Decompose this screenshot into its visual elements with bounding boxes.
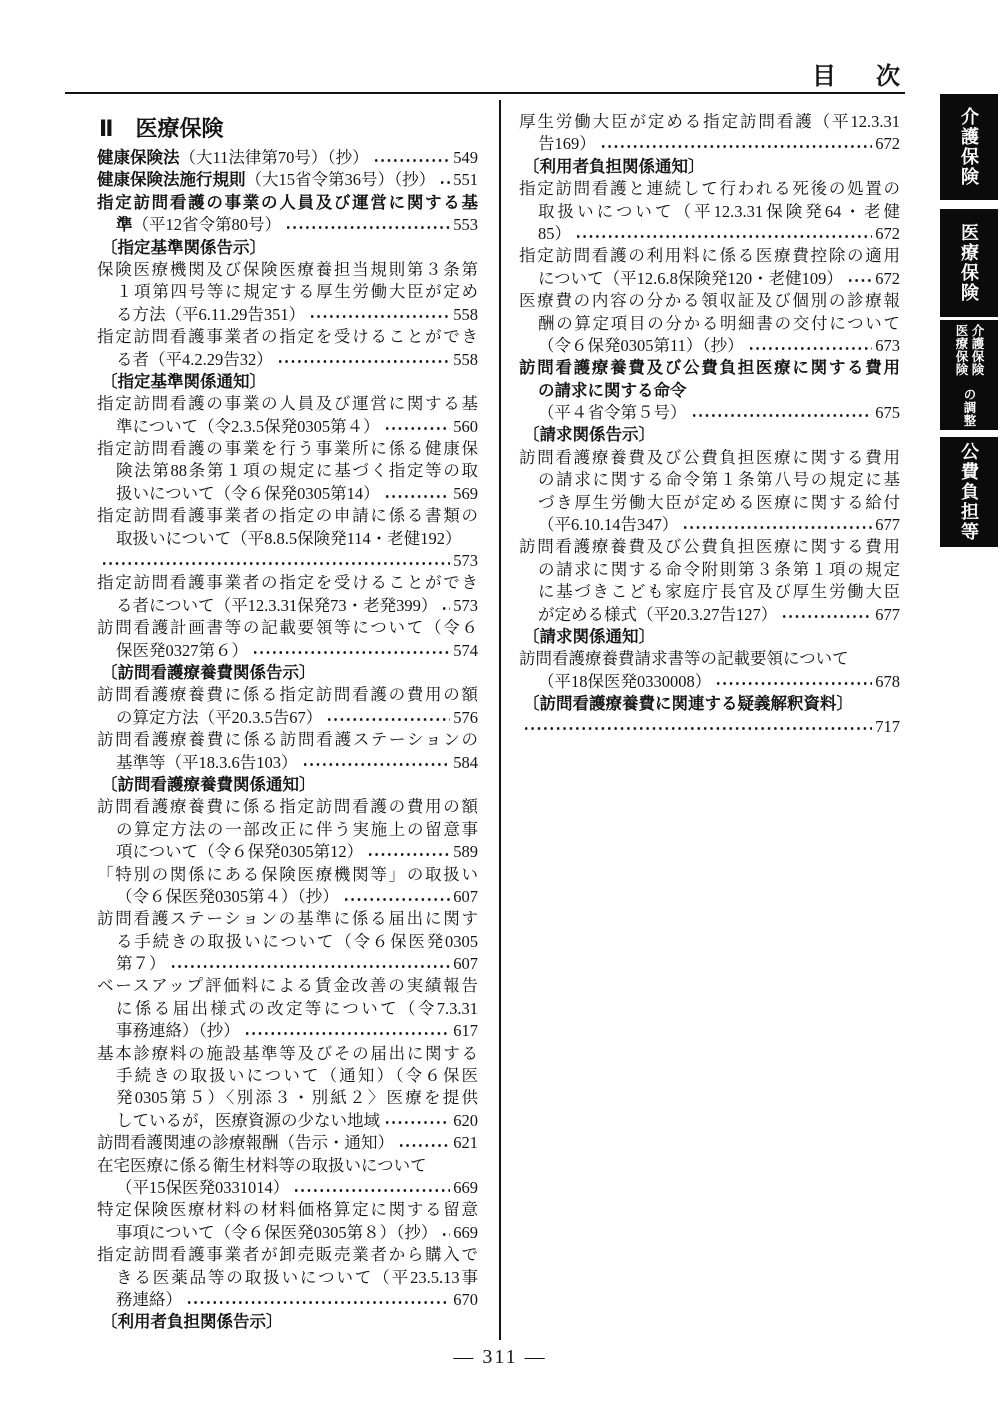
toc-text: 指定訪問看護の事業の人員及び運営に関する基	[97, 193, 478, 212]
side-tab-iryo-hoken: 医療保険	[940, 209, 998, 317]
dot-leader	[341, 895, 451, 904]
toc-bracket-header: 〔請求関係告示〕	[519, 424, 900, 446]
toc-line: について（平12.6.8保険発120・老健109）672	[519, 268, 900, 290]
toc-text: 取扱いについて（平12.3.31保険発64・老健	[538, 202, 900, 221]
toc-text: が定める様式（平20.3.27告127）	[538, 604, 777, 626]
toc-text: る者について（平12.3.31保発73・老発399）	[116, 595, 437, 617]
toc-text: （平15保医発0331014）	[116, 1177, 289, 1199]
page-number: 621	[453, 1132, 478, 1154]
header-rule	[65, 92, 905, 94]
toc-text: 健康保険法（大11法律第70号）（抄）	[97, 147, 369, 169]
dot-leader	[275, 357, 451, 366]
toc-column-left: 健康保険法（大11法律第70号）（抄）549健康保険法施行規則（大15省令第36…	[97, 147, 478, 1334]
toc-bracket-header: 〔訪問看護療養費関係告示〕	[97, 662, 478, 684]
toc-text: 訪問看護療養費に係る指定訪問看護の費用の額	[97, 685, 478, 704]
side-tab-label: 介護保険	[969, 324, 985, 386]
page-number: 573	[453, 550, 478, 572]
toc-line: 〔利用者負担関係通知〕	[519, 156, 900, 178]
toc-line: 取扱いについて（平8.8.5保険発114・老健192）	[97, 528, 478, 550]
page-number: 678	[875, 671, 900, 693]
toc-line: 〔指定基準関係通知〕	[97, 371, 478, 393]
toc-line: 〔指定基準関係告示〕	[97, 237, 478, 259]
toc-entry: 訪問看護療養費請求書等の記載要領について（平18保医発0330008）678	[519, 648, 900, 693]
toc-text: 指定訪問看護と連続して行われる死後の処置の	[519, 179, 900, 198]
toc-line: 事務連絡）（抄）617	[97, 1020, 478, 1042]
toc-entry: 訪問看護療養費及び公費負担医療に関する費用の請求に関する命令附則第３条第１項の規…	[519, 536, 900, 626]
toc-text: 指定訪問看護の利用料に係る医療費控除の適用	[519, 246, 900, 265]
toc-text: 指定訪問看護の事業を行う事業所に係る健康保	[97, 439, 478, 458]
toc-entry: 訪問看護療養費及び公費負担医療に関する費用の請求に関する命令第１条第八号の規定に…	[519, 447, 900, 537]
toc-text: 厚生労働大臣が定める指定訪問看護（平12.3.31	[519, 112, 900, 131]
toc-line: 務連絡）670	[97, 1289, 478, 1311]
toc-line: る者について（平12.3.31保発73・老発399）573	[97, 595, 478, 617]
toc-text: る手続きの取扱いについて（令６保医発0305	[116, 932, 478, 951]
toc-bracket-header: 〔利用者負担関係告示〕	[97, 1311, 478, 1333]
toc-entry: 指定訪問看護と連続して行われる死後の処置の取扱いについて（平12.3.31保険発…	[519, 178, 900, 245]
toc-line: 在宅医療に係る衛生材料等の取扱いについて	[97, 1155, 478, 1177]
dot-leader	[437, 178, 450, 187]
toc-line: 訪問看護療養費に係る指定訪問看護の費用の額	[97, 796, 478, 818]
toc-text: 訪問看護療養費及び公費負担医療に関する費用	[519, 358, 900, 377]
toc-line: る手続きの取扱いについて（令６保医発0305	[97, 931, 478, 953]
toc-entry: 指定訪問看護事業者が卸売販売業者から購入できる医薬品等の取扱いについて（平23.…	[97, 1244, 478, 1311]
toc-line: 医療費の内容の分かる領収証及び個別の診療報	[519, 290, 900, 312]
side-tab-kaigo-hoken: 介護保険	[940, 94, 998, 200]
page-number: 560	[453, 416, 478, 438]
toc-text: （平18保医発0330008）	[538, 671, 711, 693]
toc-line: 項について（令６保発0305第12）589	[97, 841, 478, 863]
toc-text: 健康保険法施行規則（大15省令第36号）（抄）	[97, 169, 435, 191]
toc-entry: 訪問看護療養費に係る訪問看護ステーションの基準等（平18.3.6告103）584	[97, 729, 478, 774]
page-number: 670	[453, 1289, 478, 1311]
toc-line: 扱いについて（令６保発0305第14）569	[97, 483, 478, 505]
dot-leader	[746, 344, 873, 353]
dot-leader	[283, 223, 450, 232]
toc-bracket-header: 〔指定基準関係告示〕	[97, 237, 478, 259]
toc-line: 準（平12省令第80号）553	[97, 214, 478, 236]
toc-text: ベースアップ評価料による賃金改善の実績報告	[97, 976, 478, 995]
toc-line: （令６保発0305第11）（抄）673	[519, 335, 900, 357]
toc-line: （平18保医発0330008）678	[519, 671, 900, 693]
toc-text: 保医発0327第６）	[116, 640, 248, 662]
toc-entry: 健康保険法施行規則（大15省令第36号）（抄）551	[97, 169, 478, 191]
toc-text: （令６保発0305第11）（抄）	[538, 335, 744, 357]
toc-text: 訪問看護療養費に係る指定訪問看護の費用の額	[97, 797, 478, 816]
toc-line: 準について（令2.3.5保発0305第４）560	[97, 416, 478, 438]
toc-text: 扱いについて（令６保発0305第14）	[116, 483, 380, 505]
page-number: 675	[875, 402, 900, 424]
dot-leader	[689, 411, 873, 420]
toc-column-right: 厚生労働大臣が定める指定訪問看護（平12.3.31告169）672〔利用者負担関…	[519, 111, 900, 738]
toc-text: の算定方法の一部改正に伴う実施上の留意事	[116, 820, 478, 839]
toc-line: 〔訪問看護療養費関係通知〕	[97, 774, 478, 796]
side-tab-label: 介護保険	[956, 107, 982, 187]
toc-entry: 厚生労働大臣が定める指定訪問看護（平12.3.31告169）672	[519, 111, 900, 156]
page-number: 672	[875, 268, 900, 290]
toc-entry: 717	[519, 716, 900, 738]
toc-line: （平４省令第５号）675	[519, 402, 900, 424]
toc-text: 訪問看護療養費請求書等の記載要領について	[519, 648, 849, 670]
toc-text: 事項について（令６保医発0305第８）（抄）	[116, 1222, 437, 1244]
toc-bracket-header: 〔利用者負担関係通知〕	[519, 156, 900, 178]
toc-text: 「特別の関係にある保険医療機関等」の取扱い	[97, 865, 478, 884]
toc-line: の請求に関する命令	[519, 380, 900, 402]
dot-leader	[168, 962, 451, 971]
dot-leader	[300, 760, 451, 769]
toc-line: の請求に関する命令第１条第八号の規定に基	[519, 469, 900, 491]
toc-line: の請求に関する命令附則第３条第１項の規定	[519, 559, 900, 581]
page-number: 558	[453, 349, 478, 371]
toc-line: 指定訪問看護の利用料に係る医療費控除の適用	[519, 245, 900, 267]
dot-leader	[521, 724, 872, 733]
toc-text: （平6.10.14告347）	[538, 514, 678, 536]
toc-text: 発0305第５）〈別添３・別紙２〉医療を提供	[116, 1088, 478, 1107]
toc-text: に基づきこども家庭庁長官及び厚生労働大臣	[538, 582, 900, 601]
toc-line: 訪問看護療養費及び公費負担医療に関する費用	[519, 447, 900, 469]
toc-line: （平15保医発0331014）669	[97, 1177, 478, 1199]
toc-line: づき厚生労働大臣が定める医療に関する給付	[519, 492, 900, 514]
dot-leader	[382, 1118, 450, 1127]
toc-line: 訪問看護ステーションの基準に係る届出に関す	[97, 908, 478, 930]
toc-line: 健康保険法施行規則（大15省令第36号）（抄）551	[97, 169, 478, 191]
toc-text: 取扱いについて（平8.8.5保険発114・老健192）	[116, 528, 462, 550]
toc-text: 指定訪問看護の事業の人員及び運営に関する基	[97, 394, 478, 413]
toc-entry: 指定訪問看護事業者の指定を受けることができる者について（平12.3.31保発73…	[97, 572, 478, 617]
toc-line: 酬の算定項目の分かる明細書の交付について	[519, 313, 900, 335]
toc-text: の請求に関する命令附則第３条第１項の規定	[538, 560, 900, 579]
toc-text: 基準等（平18.3.6告103）	[116, 752, 298, 774]
page-title: 目 次	[812, 56, 908, 91]
toc-entry: 指定訪問看護事業者の指定を受けることができる者（平4.2.29告32）558	[97, 326, 478, 371]
toc-line: 訪問看護療養費及び公費負担医療に関する費用	[519, 357, 900, 379]
toc-line: 〔訪問看護療養費に関連する疑義解釈資料〕	[519, 693, 900, 715]
page-number: 576	[453, 707, 478, 729]
page-number: 717	[875, 716, 900, 738]
toc-text: について（平12.6.8保険発120・老健109）	[538, 268, 843, 290]
toc-entry: 訪問看護計画書等の記載要領等について（令６保医発0327第６）574	[97, 617, 478, 662]
toc-line: （令６保医発0305第４）（抄）607	[97, 886, 478, 908]
toc-text: しているが，医療資源の少ない地域	[116, 1110, 380, 1132]
toc-line: 指定訪問看護の事業の人員及び運営に関する基	[97, 192, 478, 214]
toc-line: 85）672	[519, 223, 900, 245]
dot-leader	[713, 679, 872, 688]
toc-line: 〔請求関係通知〕	[519, 626, 900, 648]
page-number: 672	[875, 133, 900, 155]
page-number: 584	[453, 752, 478, 774]
toc-entry: 健康保険法（大11法律第70号）（抄）549	[97, 147, 478, 169]
page-number: 669	[453, 1222, 478, 1244]
page-number: 551	[453, 169, 478, 191]
page-number: 553	[453, 214, 478, 236]
toc-entry: 訪問看護関連の診療報酬（告示・通知）621	[97, 1132, 478, 1154]
toc-line: 「特別の関係にある保険医療機関等」の取扱い	[97, 864, 478, 886]
dot-leader	[250, 648, 450, 657]
toc-text: 訪問看護関連の診療報酬（告示・通知）	[97, 1132, 394, 1154]
toc-line: 〔訪問看護療養費関係告示〕	[97, 662, 478, 684]
toc-text: の請求に関する命令	[538, 380, 687, 402]
dot-leader	[439, 604, 450, 613]
toc-line: 訪問看護療養費及び公費負担医療に関する費用	[519, 536, 900, 558]
toc-text: づき厚生労働大臣が定める医療に関する給付	[538, 493, 900, 512]
page-number: 558	[453, 304, 478, 326]
toc-entry: 特定保険医療材料の材料価格算定に関する留意事項について（令６保医発0305第８）…	[97, 1199, 478, 1244]
page-number: 673	[875, 335, 900, 357]
toc-line: が定める様式（平20.3.27告127）677	[519, 604, 900, 626]
toc-line: 指定訪問看護事業者の指定を受けることができ	[97, 572, 478, 594]
dot-leader	[291, 1186, 450, 1195]
toc-entry: 指定訪問看護の利用料に係る医療費控除の適用について（平12.6.8保険発120・…	[519, 245, 900, 290]
side-tab-label: 公費負担等	[956, 442, 982, 542]
toc-entry: 医療費の内容の分かる領収証及び個別の診療報酬の算定項目の分かる明細書の交付につい…	[519, 290, 900, 357]
page-number: 677	[875, 604, 900, 626]
toc-line: 手続きの取扱いについて（通知）（令６保医	[97, 1065, 478, 1087]
toc-line: 厚生労働大臣が定める指定訪問看護（平12.3.31	[519, 111, 900, 133]
toc-entry: 訪問看護療養費に係る指定訪問看護の費用の額の算定方法の一部改正に伴う実施上の留意…	[97, 796, 478, 863]
toc-entry: 「特別の関係にある保険医療機関等」の取扱い（令６保医発0305第４）（抄）607	[97, 864, 478, 909]
toc-entry: 訪問看護療養費に係る指定訪問看護の費用の額の算定方法（平20.3.5告67）57…	[97, 684, 478, 729]
toc-text: 手続きの取扱いについて（通知）（令６保医	[116, 1066, 478, 1085]
toc-line: 基本診療料の施設基準等及びその届出に関する	[97, 1043, 478, 1065]
toc-text: 指定訪問看護事業者の指定を受けることができ	[97, 573, 478, 592]
toc-entry: 指定訪問看護の事業の人員及び運営に関する基準について（令2.3.5保発0305第…	[97, 393, 478, 438]
page-number: 677	[875, 514, 900, 536]
toc-text: 項について（令６保発0305第12）	[116, 841, 363, 863]
toc-line: 訪問看護関連の診療報酬（告示・通知）621	[97, 1132, 478, 1154]
toc-line: 指定訪問看護と連続して行われる死後の処置の	[519, 178, 900, 200]
toc-line: 取扱いについて（平12.3.31保険発64・老健	[519, 201, 900, 223]
dot-leader	[573, 232, 872, 241]
toc-line: に基づきこども家庭庁長官及び厚生労働大臣	[519, 581, 900, 603]
dot-leader	[307, 312, 450, 321]
page-number: 574	[453, 640, 478, 662]
toc-text: 訪問看護ステーションの基準に係る届出に関す	[97, 909, 478, 928]
side-tab-label: 医療保険	[953, 324, 969, 386]
dot-leader	[324, 715, 450, 724]
page-number: 573	[453, 595, 478, 617]
toc-line: 基準等（平18.3.6告103）584	[97, 752, 478, 774]
dot-leader	[680, 523, 872, 532]
side-tab-kohi-futan: 公費負担等	[940, 437, 998, 547]
toc-text: 酬の算定項目の分かる明細書の交付について	[538, 314, 900, 333]
toc-line: 訪問看護療養費に係る訪問看護ステーションの	[97, 729, 478, 751]
toc-bracket-header: 〔訪問看護療養費関係通知〕	[97, 774, 478, 796]
toc-line: 険法第88条第１項の規定に基づく指定等の取	[97, 460, 478, 482]
side-tab-label: の調整	[960, 388, 978, 427]
toc-text: る者（平4.2.29告32）	[116, 349, 273, 371]
dot-leader	[439, 1230, 450, 1239]
toc-text: （令６保医発0305第４）（抄）	[116, 886, 339, 908]
toc-line: しているが，医療資源の少ない地域620	[97, 1110, 478, 1132]
toc-text: 医療費の内容の分かる領収証及び個別の診療報	[519, 291, 900, 310]
toc-line: ベースアップ評価料による賃金改善の実績報告	[97, 975, 478, 997]
toc-text: る方法（平6.11.29告351）	[116, 304, 305, 326]
toc-text: 指定訪問看護事業者が卸売販売業者から購入で	[97, 1245, 478, 1264]
toc-line: きる医薬品等の取扱いについて（平23.5.13事	[97, 1267, 478, 1289]
toc-line: 第７）607	[97, 953, 478, 975]
dot-leader	[242, 1029, 451, 1038]
toc-entry: 保険医療機関及び保険医療養担当規則第３条第１項第四号等に規定する厚生労働大臣が定…	[97, 259, 478, 326]
toc-line: 健康保険法（大11法律第70号）（抄）549	[97, 147, 478, 169]
toc-line: 573	[97, 550, 478, 572]
toc-text: 告169）	[538, 133, 596, 155]
toc-line: 特定保険医療材料の材料価格算定に関する留意	[97, 1199, 478, 1221]
toc-text: の請求に関する命令第１条第八号の規定に基	[538, 470, 900, 489]
toc-line: （平6.10.14告347）677	[519, 514, 900, 536]
toc-line: 指定訪問看護の事業を行う事業所に係る健康保	[97, 438, 478, 460]
toc-bracket-header: 〔指定基準関係通知〕	[97, 371, 478, 393]
toc-line: 〔利用者負担関係告示〕	[97, 1311, 478, 1333]
toc-line: る者（平4.2.29告32）558	[97, 349, 478, 371]
dot-leader	[184, 1298, 450, 1307]
toc-text: 訪問看護療養費及び公費負担医療に関する費用	[519, 448, 900, 467]
toc-entry: 指定訪問看護の事業を行う事業所に係る健康保険法第88条第１項の規定に基づく指定等…	[97, 438, 478, 505]
toc-text: 指定訪問看護事業者の指定を受けることができ	[97, 327, 478, 346]
toc-line: 保医発0327第６）574	[97, 640, 478, 662]
dot-leader	[396, 1141, 450, 1150]
toc-entry: 在宅医療に係る衛生材料等の取扱いについて（平15保医発0331014）669	[97, 1155, 478, 1200]
toc-line: 717	[519, 716, 900, 738]
toc-line: 訪問看護療養費に係る指定訪問看護の費用の額	[97, 684, 478, 706]
toc-line: る方法（平6.11.29告351）558	[97, 304, 478, 326]
toc-line: 訪問看護療養費請求書等の記載要領について	[519, 648, 900, 670]
page-number: 672	[875, 223, 900, 245]
toc-line: 発0305第５）〈別添３・別紙２〉医療を提供	[97, 1087, 478, 1109]
toc-entry: 指定訪問看護事業者の指定の申請に係る書類の取扱いについて（平8.8.5保険発11…	[97, 505, 478, 572]
toc-line: 保険医療機関及び保険医療養担当規則第３条第	[97, 259, 478, 281]
dot-leader	[99, 559, 450, 568]
toc-line: 〔請求関係告示〕	[519, 424, 900, 446]
dot-leader	[365, 850, 450, 859]
page-number: 589	[453, 841, 478, 863]
toc-text: 事務連絡）（抄）	[116, 1020, 240, 1042]
toc-text: （平４省令第５号）	[538, 402, 687, 424]
page-number-footer: ― 311 ―	[0, 1346, 1000, 1369]
dot-leader	[598, 142, 873, 151]
section-heading: Ⅱ 医療保険	[99, 112, 224, 143]
side-tab-kaigo-iryo-chosei: 介護保険 医療保険 の調整	[940, 320, 998, 430]
toc-text: 在宅医療に係る衛生材料等の取扱いについて	[97, 1155, 427, 1177]
toc-text: 訪問看護療養費及び公費負担医療に関する費用	[519, 537, 900, 556]
toc-text: 保険医療機関及び保険医療養担当規則第３条第	[97, 260, 478, 279]
toc-line: に係る届出様式の改定等について（令7.3.31	[97, 998, 478, 1020]
toc-text: 指定訪問看護事業者の指定の申請に係る書類の	[97, 506, 478, 525]
toc-text: 訪問看護計画書等の記載要領等について（令６	[97, 618, 478, 637]
page-number: 669	[453, 1177, 478, 1199]
toc-text: １項第四号等に規定する厚生労働大臣が定め	[116, 282, 478, 301]
toc-text: 準について（令2.3.5保発0305第４）	[116, 416, 380, 438]
toc-text: きる医薬品等の取扱いについて（平23.5.13事	[116, 1268, 478, 1287]
toc-bracket-header: 〔訪問看護療養費に関連する疑義解釈資料〕	[519, 693, 900, 715]
toc-entry: ベースアップ評価料による賃金改善の実績報告に係る届出様式の改定等について（令7.…	[97, 975, 478, 1042]
toc-line: 指定訪問看護の事業の人員及び運営に関する基	[97, 393, 478, 415]
toc-text: に係る届出様式の改定等について（令7.3.31	[116, 999, 478, 1018]
dot-leader	[845, 276, 872, 285]
page-number: 549	[453, 147, 478, 169]
column-divider	[499, 100, 501, 1340]
toc-line: の算定方法（平20.3.5告67）576	[97, 707, 478, 729]
toc-text: 第７）	[116, 953, 166, 975]
dot-leader	[371, 156, 451, 165]
toc-line: 指定訪問看護事業者の指定を受けることができ	[97, 326, 478, 348]
toc-line: の算定方法の一部改正に伴う実施上の留意事	[97, 819, 478, 841]
page-number: 607	[453, 886, 478, 908]
toc-text: 基本診療料の施設基準等及びその届出に関する	[97, 1044, 478, 1063]
toc-text: 訪問看護療養費に係る訪問看護ステーションの	[97, 730, 478, 749]
dot-leader	[382, 424, 451, 433]
side-tab-label: 医療保険	[956, 223, 982, 303]
toc-line: 訪問看護計画書等の記載要領等について（令６	[97, 617, 478, 639]
dot-leader	[779, 612, 872, 621]
page-number: 607	[453, 953, 478, 975]
toc-text: 特定保険医療材料の材料価格算定に関する留意	[97, 1200, 478, 1219]
toc-text: 85）	[538, 223, 571, 245]
toc-line: 指定訪問看護事業者が卸売販売業者から購入で	[97, 1244, 478, 1266]
toc-entry: 訪問看護ステーションの基準に係る届出に関する手続きの取扱いについて（令６保医発0…	[97, 908, 478, 975]
side-tab-label-pair: 介護保険 医療保険	[953, 324, 985, 386]
toc-line: １項第四号等に規定する厚生労働大臣が定め	[97, 281, 478, 303]
toc-text: の算定方法（平20.3.5告67）	[116, 707, 322, 729]
toc-line: 事項について（令６保医発0305第８）（抄）669	[97, 1222, 478, 1244]
dot-leader	[382, 492, 451, 501]
toc-line: 指定訪問看護事業者の指定の申請に係る書類の	[97, 505, 478, 527]
page-number: 617	[453, 1020, 478, 1042]
page-number: 569	[453, 483, 478, 505]
toc-line: 告169）672	[519, 133, 900, 155]
toc-bracket-header: 〔請求関係通知〕	[519, 626, 900, 648]
toc-text: 険法第88条第１項の規定に基づく指定等の取	[116, 461, 478, 480]
toc-text: 準（平12省令第80号）	[116, 214, 281, 236]
toc-page: 目 次 Ⅱ 医療保険 健康保険法（大11法律第70号）（抄）549健康保険法施行…	[0, 0, 1000, 1412]
toc-entry: 基本診療料の施設基準等及びその届出に関する手続きの取扱いについて（通知）（令６保…	[97, 1043, 478, 1133]
toc-entry: 指定訪問看護の事業の人員及び運営に関する基準（平12省令第80号）553	[97, 192, 478, 237]
toc-entry: 訪問看護療養費及び公費負担医療に関する費用の請求に関する命令（平４省令第５号）6…	[519, 357, 900, 424]
page-number: 620	[453, 1110, 478, 1132]
toc-text: 務連絡）	[116, 1289, 182, 1311]
